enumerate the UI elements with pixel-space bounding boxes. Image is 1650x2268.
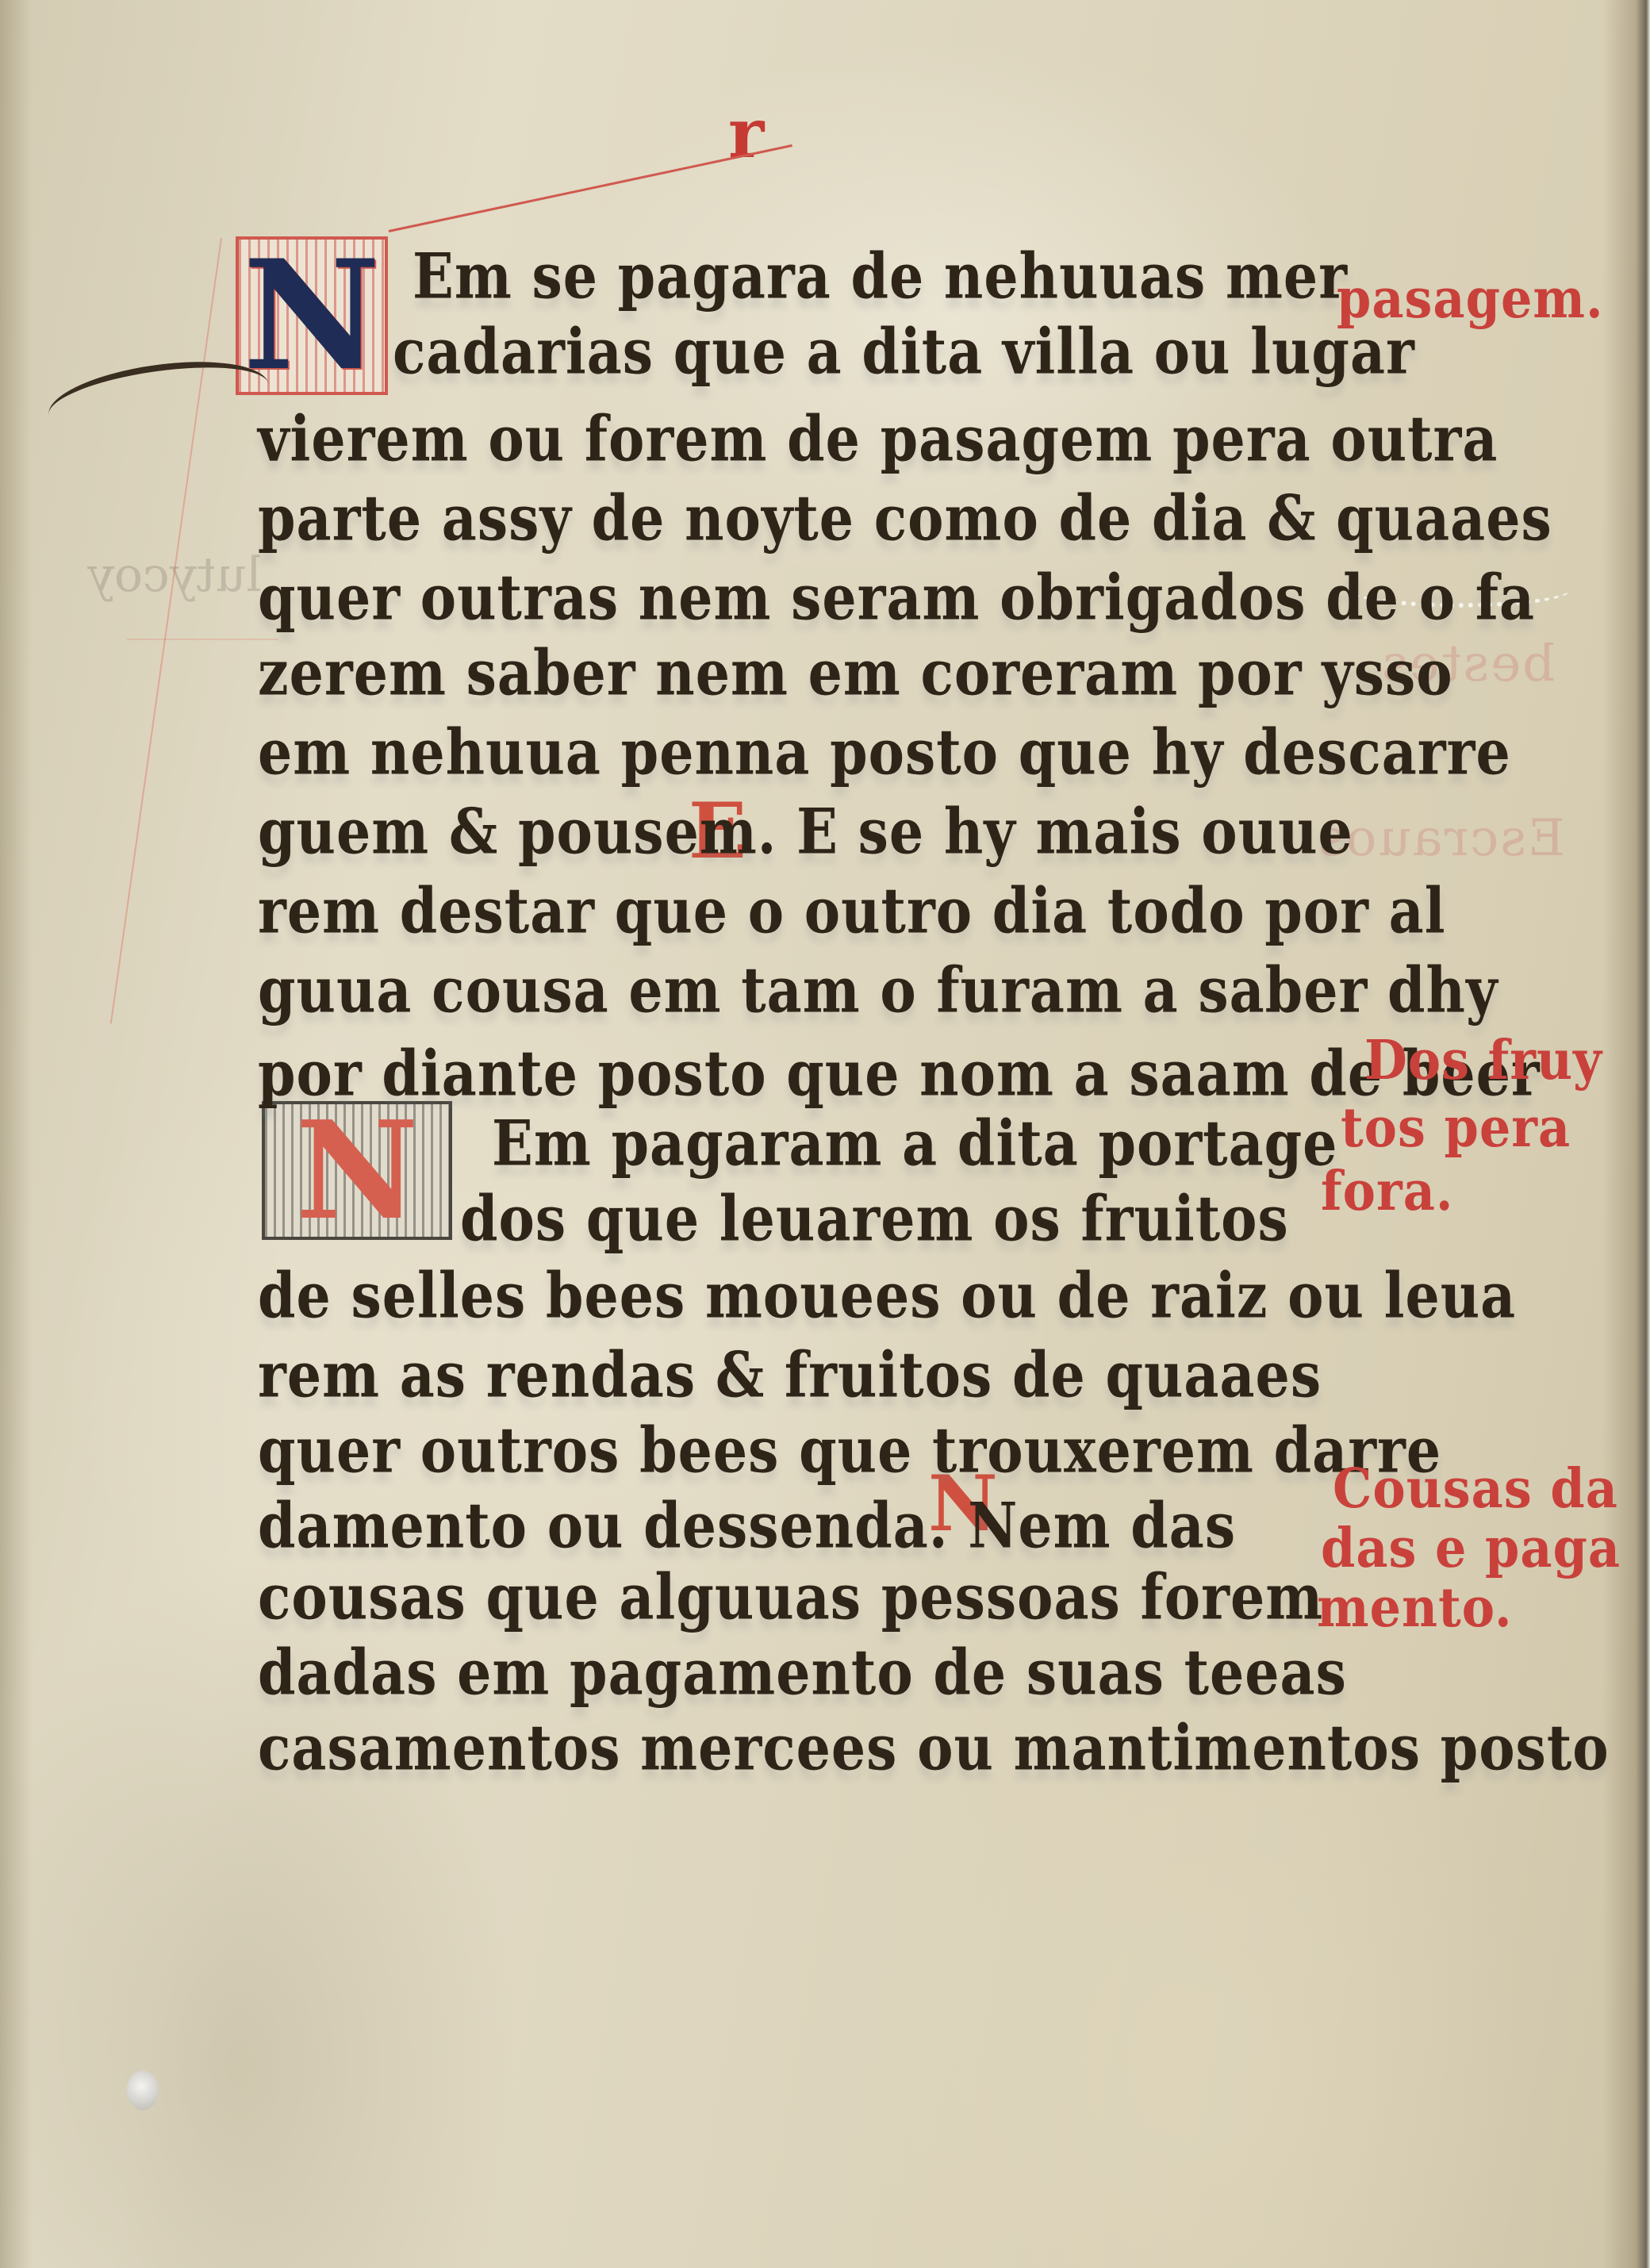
initial-letter: N	[295, 1103, 418, 1238]
text-line: cousas que alguuas pessoas forem	[258, 1561, 1323, 1634]
text-line: guem & pousem. E se hy mais ouue	[258, 796, 1353, 869]
show-through-right-2: Escrauos	[1317, 809, 1565, 868]
marginal-rubric-cousas-dadas: das e paga	[1321, 1516, 1621, 1579]
text-line: quer outras nem seram obrigados de o fa	[258, 562, 1535, 635]
marginal-rubric-dos-fruitos: Dos fruy	[1364, 1028, 1602, 1092]
ruling-line-vertical	[110, 238, 222, 1024]
parchment-hole	[127, 2070, 159, 2110]
text-line: dadas em pagamento de suas teeas	[258, 1637, 1347, 1710]
text-line: em nehuua penna posto que hy descarre	[258, 716, 1511, 789]
marginal-rubric-dos-fruitos: fora.	[1321, 1159, 1453, 1222]
show-through-left: lutycoy	[87, 547, 261, 603]
text-line: damento ou dessenda. Nem das	[258, 1490, 1236, 1563]
text-line: quer outros bees que trouxerem darre	[258, 1414, 1441, 1487]
text-line: parte assy de noyte como de dia & quaaes	[258, 482, 1552, 555]
marginal-rubric-pasagem: pasagem.	[1337, 267, 1604, 330]
text-line: vierem ou forem de pasagem pera outra	[258, 403, 1498, 476]
decorated-initial-n: N	[236, 236, 388, 395]
text-line: guua cousa em tam o furam a saber dhy	[258, 954, 1498, 1027]
text-line: cadarias que a dita villa ou lugar	[393, 316, 1415, 389]
text-line: de selles bees mouees ou de raiz ou leua	[258, 1260, 1516, 1333]
text-line: rem destar que o outro dia todo por al	[258, 875, 1446, 948]
text-line: rem as rendas & fruitos de quaaes	[258, 1339, 1322, 1412]
pen-flourish-line	[389, 144, 792, 232]
initial-flourish	[44, 350, 274, 450]
page-edge-shadow-right	[1602, 0, 1650, 2268]
text-line: zerem saber nem em coreram por ysso	[258, 637, 1453, 710]
ruling-line-horizontal	[127, 639, 278, 640]
marginal-rubric-cousas-dadas: Cousas da	[1333, 1456, 1618, 1520]
text-line: casamentos mercees ou mantimentos posto	[258, 1712, 1610, 1785]
text-line: Em se pagara de nehuuas mer	[412, 240, 1348, 313]
initial-letter: N	[243, 240, 381, 391]
page-edge-shadow-left	[0, 0, 32, 2268]
folio-mark: r	[728, 94, 764, 174]
marginal-rubric-cousas-dadas: mento.	[1317, 1575, 1513, 1639]
text-line: Em pagaram a dita portage	[492, 1107, 1337, 1180]
manuscript-folio: lutycoy bestes Escrauos r N N E N Em se …	[0, 0, 1650, 2268]
text-line: dos que leuarem os fruitos	[460, 1183, 1289, 1256]
marginal-rubric-dos-fruitos: tos pera	[1341, 1096, 1571, 1159]
decorated-initial-n-2: N	[262, 1101, 452, 1240]
